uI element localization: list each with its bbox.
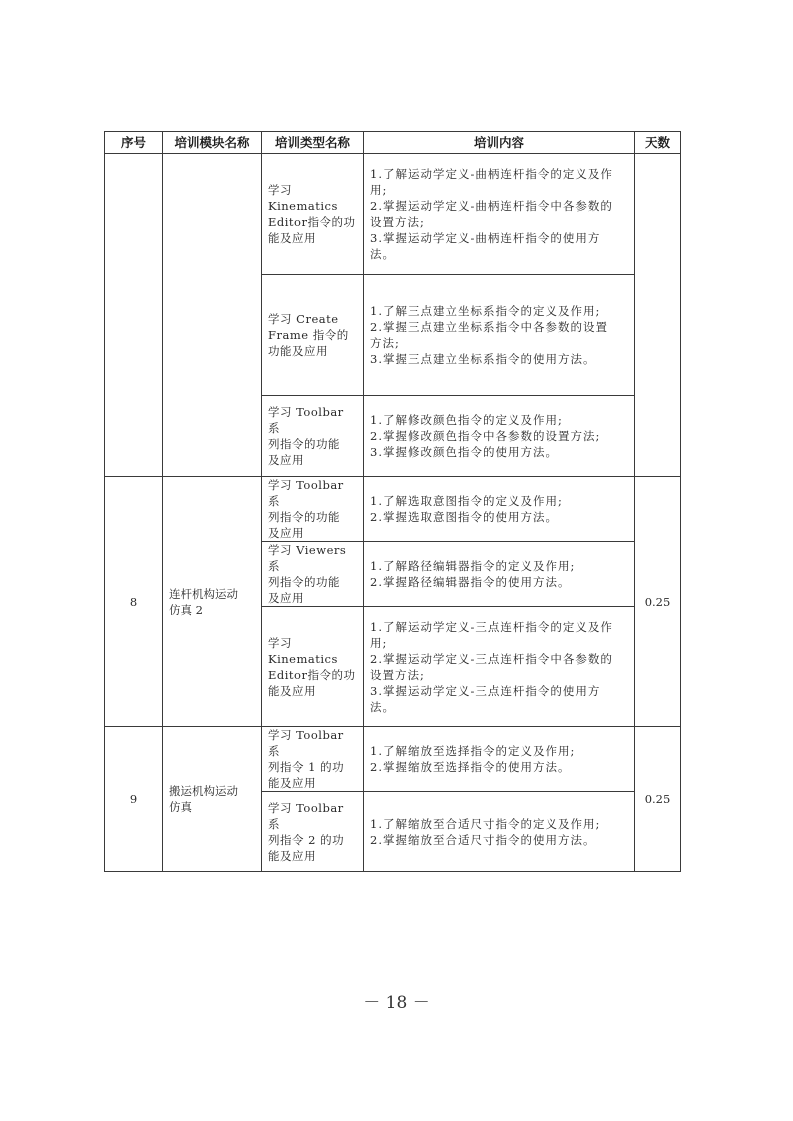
- type-name-line: 能及应用: [268, 683, 357, 699]
- content-line: 用;: [370, 635, 628, 651]
- cell-content: 1.了解缩放至合适尺寸指令的定义及作用;2.掌握缩放至合适尺寸指令的使用方法。: [364, 792, 635, 872]
- type-name-line: 列指令的功能: [268, 436, 357, 452]
- cell-index: 8: [105, 477, 163, 727]
- type-name-line: 学习 Toolbar 系: [268, 404, 357, 436]
- type-name-line: 学习: [268, 182, 357, 198]
- cell-days: [635, 154, 681, 477]
- cell-content: 1.了解缩放至选择指令的定义及作用;2.掌握缩放至选择指令的使用方法。: [364, 727, 635, 792]
- type-name-line: 学习 Toolbar 系: [268, 800, 357, 832]
- content-line: 2.掌握路径编辑器指令的使用方法。: [370, 574, 628, 590]
- content-line: 2.掌握运动学定义-曲柄连杆指令中各参数的: [370, 198, 628, 214]
- type-name-line: 及应用: [268, 452, 357, 468]
- cell-module-name: 搬运机构运动仿真: [163, 727, 262, 872]
- header-index: 序号: [105, 132, 163, 154]
- content-line: 1.了解选取意图指令的定义及作用;: [370, 493, 628, 509]
- type-name-line: 能及应用: [268, 230, 357, 246]
- content-line: 3.掌握三点建立坐标系指令的使用方法。: [370, 351, 628, 367]
- content-line: 方法;: [370, 335, 628, 351]
- content-line: 2.掌握运动学定义-三点连杆指令中各参数的: [370, 651, 628, 667]
- type-name-line: Kinematics: [268, 198, 357, 214]
- cell-type-name: 学习 Toolbar 系列指令的功能及应用: [262, 477, 364, 542]
- type-name-line: 学习: [268, 635, 357, 651]
- table-row: 学习KinematicsEditor指令的功能及应用1.了解运动学定义-曲柄连杆…: [105, 154, 681, 275]
- training-table: 序号 培训模块名称 培训类型名称 培训内容 天数 学习KinematicsEdi…: [104, 131, 681, 872]
- cell-type-name: 学习 Toolbar 系列指令 2 的功能及应用: [262, 792, 364, 872]
- content-line: 2.掌握缩放至选择指令的使用方法。: [370, 759, 628, 775]
- cell-type-name: 学习KinematicsEditor指令的功能及应用: [262, 607, 364, 727]
- type-name-line: 列指令的功能: [268, 509, 357, 525]
- cell-module-name: 连杆机构运动仿真 2: [163, 477, 262, 727]
- type-name-line: 学习 Toolbar 系: [268, 477, 357, 509]
- content-line: 1.了解运动学定义-三点连杆指令的定义及作: [370, 619, 628, 635]
- module-name-line: 仿真: [169, 799, 255, 815]
- cell-type-name: 学习 Toolbar 系列指令的功能及应用: [262, 396, 364, 477]
- content-line: 设置方法;: [370, 214, 628, 230]
- cell-type-name: 学习 Toolbar 系列指令 1 的功能及应用: [262, 727, 364, 792]
- content-line: 法。: [370, 699, 628, 715]
- module-name-line: 连杆机构运动: [169, 586, 255, 602]
- type-name-line: Editor指令的功: [268, 667, 357, 683]
- type-name-line: 学习 Viewers 系: [268, 542, 357, 574]
- type-name-line: Kinematics: [268, 651, 357, 667]
- cell-content: 1.了解路径编辑器指令的定义及作用;2.掌握路径编辑器指令的使用方法。: [364, 542, 635, 607]
- type-name-line: 能及应用: [268, 848, 357, 864]
- type-name-line: 能及应用: [268, 775, 357, 791]
- content-line: 2.掌握选取意图指令的使用方法。: [370, 509, 628, 525]
- content-line: 设置方法;: [370, 667, 628, 683]
- cell-content: 1.了解三点建立坐标系指令的定义及作用;2.掌握三点建立坐标系指令中各参数的设置…: [364, 275, 635, 396]
- content-line: 2.掌握缩放至合适尺寸指令的使用方法。: [370, 832, 628, 848]
- cell-days: 0.25: [635, 727, 681, 872]
- table-header-row: 序号 培训模块名称 培训类型名称 培训内容 天数: [105, 132, 681, 154]
- content-line: 3.掌握运动学定义-曲柄连杆指令的使用方: [370, 230, 628, 246]
- content-line: 法。: [370, 246, 628, 262]
- type-name-line: 及应用: [268, 590, 357, 606]
- content-line: 1.了解路径编辑器指令的定义及作用;: [370, 558, 628, 574]
- cell-type-name: 学习KinematicsEditor指令的功能及应用: [262, 154, 364, 275]
- cell-index: 9: [105, 727, 163, 872]
- table-row: 8连杆机构运动仿真 2学习 Toolbar 系列指令的功能及应用1.了解选取意图…: [105, 477, 681, 542]
- type-name-line: 列指令 1 的功: [268, 759, 357, 775]
- table-row: 9搬运机构运动仿真学习 Toolbar 系列指令 1 的功能及应用1.了解缩放至…: [105, 727, 681, 792]
- header-days: 天数: [635, 132, 681, 154]
- header-module-name: 培训模块名称: [163, 132, 262, 154]
- header-content: 培训内容: [364, 132, 635, 154]
- type-name-line: 列指令的功能: [268, 574, 357, 590]
- cell-content: 1.了解运动学定义-三点连杆指令的定义及作用;2.掌握运动学定义-三点连杆指令中…: [364, 607, 635, 727]
- content-line: 1.了解运动学定义-曲柄连杆指令的定义及作: [370, 166, 628, 182]
- type-name-line: 功能及应用: [268, 343, 357, 359]
- content-line: 3.掌握运动学定义-三点连杆指令的使用方: [370, 683, 628, 699]
- cell-content: 1.了解修改颜色指令的定义及作用;2.掌握修改颜色指令中各参数的设置方法;3.掌…: [364, 396, 635, 477]
- type-name-line: Frame 指令的: [268, 327, 357, 343]
- cell-days: 0.25: [635, 477, 681, 727]
- content-line: 2.掌握三点建立坐标系指令中各参数的设置: [370, 319, 628, 335]
- content-line: 用;: [370, 182, 628, 198]
- content-line: 1.了解三点建立坐标系指令的定义及作用;: [370, 303, 628, 319]
- cell-type-name: 学习 Viewers 系列指令的功能及应用: [262, 542, 364, 607]
- page-number: － 18 －: [0, 988, 793, 1013]
- type-name-line: Editor指令的功: [268, 214, 357, 230]
- module-name-line: 搬运机构运动: [169, 783, 255, 799]
- type-name-line: 学习 Toolbar 系: [268, 727, 357, 759]
- content-line: 1.了解缩放至选择指令的定义及作用;: [370, 743, 628, 759]
- content-line: 1.了解修改颜色指令的定义及作用;: [370, 412, 628, 428]
- type-name-line: 及应用: [268, 525, 357, 541]
- content-line: 2.掌握修改颜色指令中各参数的设置方法;: [370, 428, 628, 444]
- content-line: 3.掌握修改颜色指令的使用方法。: [370, 444, 628, 460]
- module-name-line: 仿真 2: [169, 602, 255, 618]
- cell-content: 1.了解运动学定义-曲柄连杆指令的定义及作用;2.掌握运动学定义-曲柄连杆指令中…: [364, 154, 635, 275]
- type-name-line: 列指令 2 的功: [268, 832, 357, 848]
- type-name-line: 学习 Create: [268, 311, 357, 327]
- cell-module-name: [163, 154, 262, 477]
- cell-type-name: 学习 CreateFrame 指令的功能及应用: [262, 275, 364, 396]
- cell-index: [105, 154, 163, 477]
- header-type-name: 培训类型名称: [262, 132, 364, 154]
- cell-content: 1.了解选取意图指令的定义及作用;2.掌握选取意图指令的使用方法。: [364, 477, 635, 542]
- content-line: 1.了解缩放至合适尺寸指令的定义及作用;: [370, 816, 628, 832]
